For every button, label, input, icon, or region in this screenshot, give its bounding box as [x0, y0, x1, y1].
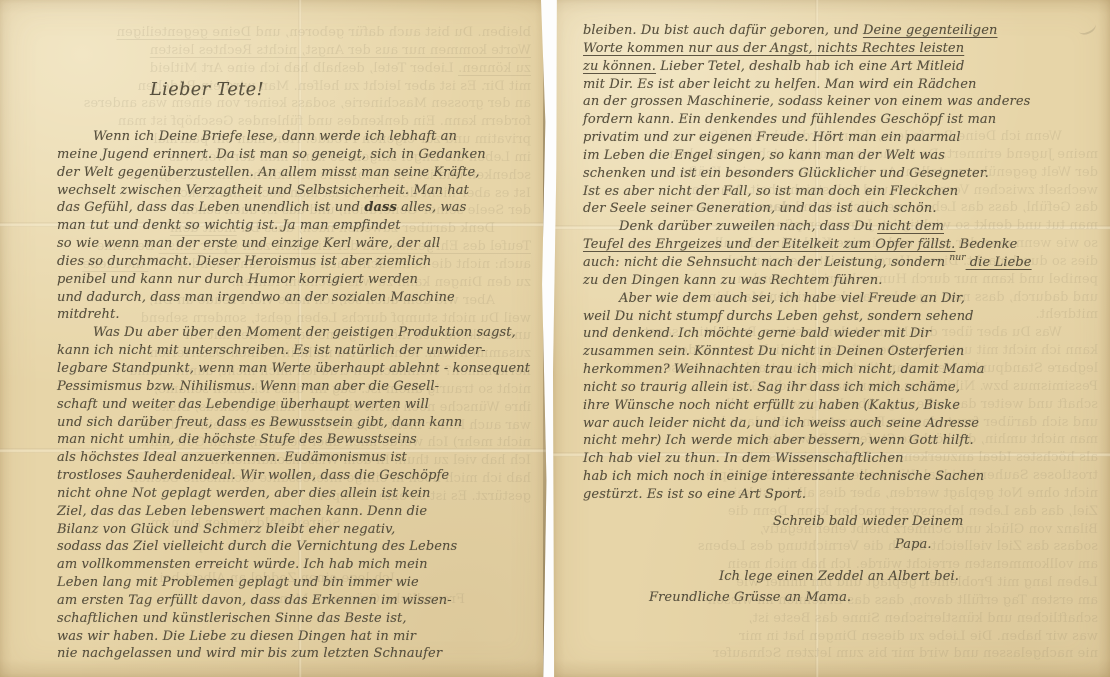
handwriting-segment: was wir haben. Die Liebe zu diesen Dinge…: [57, 629, 416, 644]
handwriting-line: am vollkommensten erreicht würde. Ich ha…: [57, 556, 531, 574]
handwriting-line: mit Dir. Es ist aber leicht zu helfen. M…: [57, 78, 531, 96]
handwriting-segment: nie nachgelassen und wird mir bis zum le…: [57, 646, 442, 661]
handwriting-line: mit Dir. Es ist aber leicht zu helfen. M…: [583, 76, 1098, 94]
handwriting-line: Aber wie dem auch sei, ich habe viel Fre…: [583, 290, 1098, 308]
handwriting-line: zu können. Lieber Tetel, deshalb hab ich…: [57, 60, 531, 78]
handwriting-segment: Ich hab viel zu thun. In dem Wissenschaf…: [583, 451, 904, 466]
handwriting-segment: Deine gegenteiligen: [863, 23, 998, 38]
handwriting-line: Freundliche Grüsse an Mama.: [649, 589, 1098, 607]
handwriting-line: Papa.: [895, 536, 1098, 554]
handwriting-segment: und dadurch, dass man irgendwo an der so…: [57, 290, 455, 305]
handwriting-line: man nicht umhin, die höchste Stufe des B…: [57, 431, 531, 449]
handwriting-line: Pessimismus bzw. Nihilismus. Wenn man ab…: [57, 378, 531, 396]
handwriting-segment: bleiben. Du bist auch dafür geboren, und: [583, 23, 863, 38]
handwriting-line: dies so durchmacht. Dieser Heroismus ist…: [57, 253, 531, 271]
handwriting-line: privatim und zur eigenen Freude. Hört ma…: [583, 129, 1098, 147]
handwriting-segment: Schreib bald wieder Deinem: [773, 514, 963, 529]
handwriting-segment: der Seele seiner Generation, und das ist…: [583, 201, 937, 216]
handwriting-segment: Wenn ich Deine Briefe lese, dann werde i…: [93, 129, 457, 144]
handwriting-segment: am vollkommensten erreicht würde. Ich ha…: [57, 557, 428, 572]
handwriting-line: nie nachgelassen und wird mir bis zum le…: [57, 645, 531, 663]
handwriting-line: Denk darüber zuweilen nach, dass Du nich…: [583, 218, 1098, 236]
handwriting-line: Worte kommen nur aus der Angst, nichts R…: [57, 42, 531, 60]
handwriting-line: Was Du aber über den Moment der geistige…: [57, 324, 531, 342]
handwriting-line: was wir haben. Die Liebe zu diesen Dinge…: [57, 628, 531, 646]
handwriting-segment: alles, was: [397, 200, 466, 215]
handwriting-line: Worte kommen nur aus der Angst, nichts R…: [583, 40, 1098, 58]
handwriting-segment: nur: [949, 253, 965, 263]
handwriting-segment: sodass das Ziel vielleicht durch die Ver…: [57, 539, 457, 554]
handwriting-segment: schaftlichen und künstlerischen Sinne da…: [748, 611, 1098, 626]
handwriting-line: was wir haben. Die Liebe zu diesen Dinge…: [583, 628, 1098, 646]
handwriting-segment: Ziel, das das Leben lebenswert machen ka…: [57, 504, 427, 519]
handwriting-line: am ersten Tag erfüllt davon, dass das Er…: [57, 592, 531, 610]
handwriting-segment: schenken und ist ein besonders Glücklich…: [583, 166, 989, 181]
handwriting-segment: man tut und denkt so wichtig ist. Ja man…: [57, 218, 401, 233]
handwriting-line: fordern kann. Ein denkendes und fühlende…: [583, 111, 1098, 129]
handwriting-segment: Ich lege einen Zeddel an Albert bei.: [719, 569, 959, 584]
handwriting-segment: Aber wie dem auch sei, ich habe viel Fre…: [619, 291, 965, 306]
handwriting-line: Ich hab viel zu thun. In dem Wissenschaf…: [583, 450, 1098, 468]
handwriting-segment: Pessimismus bzw. Nihilismus. Wenn man ab…: [57, 379, 439, 394]
handwriting-line: meine Jugend erinnert. Da ist man so gen…: [57, 146, 531, 164]
handwriting-line: der Seele seiner Generation, und das ist…: [583, 200, 1098, 218]
handwriting-line: penibel und kann nur durch Humor korrigi…: [57, 271, 531, 289]
handwriting-segment: so wie wenn man der erste und einzige Ke…: [57, 236, 440, 251]
handwriting-line: nie nachgelassen und wird mir bis zum le…: [583, 645, 1098, 663]
letter-body-page-1: Wenn ich Deine Briefe lese, dann werde i…: [57, 128, 531, 663]
handwriting-line: war auch leider nicht da, und ich weiss …: [583, 415, 1098, 433]
handwriting-segment: nicht dem: [877, 219, 944, 234]
handwriting-line: Bilanz von Glück und Schmerz bleibt eher…: [57, 521, 531, 539]
handwriting-segment: Worte kommen nur aus der Angst, nichts R…: [583, 41, 964, 56]
handwriting-segment: gestürzt. Es ist so eine Art Sport.: [583, 487, 806, 502]
handwriting-segment: meine Jugend erinnert. Da ist man so gen…: [57, 147, 486, 162]
handwriting-segment: kann ich nicht mit unterschreiben. Es is…: [57, 343, 486, 358]
handwriting-line: als höchstes Ideal anzuerkennen. Eudämon…: [57, 449, 531, 467]
handwriting-segment: zu den Dingen kann zu was Rechtem führen…: [583, 273, 882, 288]
handwriting-segment: Teufel des Ehrgeizes und der Eitelkeit z…: [583, 237, 955, 252]
handwriting-line: gestürzt. Es ist so eine Art Sport.: [583, 486, 1098, 504]
handwriting-segment: Worte kommen nur aus der Angst, nichts R…: [150, 43, 531, 58]
handwriting-line: Ist es aber nicht der Fall, so ist man d…: [583, 183, 1098, 201]
handwriting-segment: Bedenke: [955, 237, 1017, 252]
handwriting-segment: mit Dir. Es ist aber leicht zu helfen. M…: [583, 77, 976, 92]
handwriting-line: herkommen? Weihnachten trau ich mich nic…: [583, 361, 1098, 379]
handwriting-segment: das Gefühl, dass das Leben unendlich ist…: [57, 200, 364, 215]
handwriting-line: an der grossen Maschinerie, sodass keine…: [57, 95, 531, 113]
handwriting-segment: der Welt gegenüberzustellen. An allem mi…: [57, 165, 480, 180]
handwriting-line: man tut und denkt so wichtig ist. Ja man…: [57, 217, 531, 235]
handwriting-line: Ich lege einen Zeddel an Albert bei.: [719, 568, 1098, 586]
handwriting-segment: ihre Wünsche noch nicht erfüllt zu haben…: [583, 398, 960, 413]
handwriting-segment: Was Du aber über den Moment der geistige…: [93, 325, 516, 340]
handwriting-segment: auch: nicht die Sehnsucht nach der Leist…: [583, 255, 949, 270]
handwriting-segment: Lieber Tetel, deshalb hab ich eine Art M…: [656, 59, 964, 74]
handwriting-segment: Freundliche Grüsse an Mama.: [649, 590, 851, 605]
handwriting-segment: im Leben die Engel singen, so kann man d…: [583, 148, 945, 163]
handwriting-segment: die Liebe: [966, 255, 1032, 270]
handwriting-segment: trostloses Sauherdenideal. Wir wollen, d…: [57, 468, 449, 483]
handwriting-segment: und sich darüber freut, dass es Bewussts…: [57, 415, 462, 430]
handwriting-segment: Papa.: [895, 537, 932, 552]
handwriting-line: Leben lang mit Problemen geplagt und bin…: [57, 574, 531, 592]
handwriting-segment: fordern kann. Ein denkendes und fühlende…: [118, 114, 531, 129]
letter-body-page-2: bleiben. Du bist auch dafür geboren, und…: [583, 22, 1098, 607]
handwriting-segment: war auch leider nicht da, und ich weiss …: [583, 416, 979, 431]
handwriting-line: und denkend. Ich möchte gerne bald wiede…: [583, 325, 1098, 343]
handwriting-segment: bleiben. Du bist auch dafür geboren, und: [251, 25, 531, 40]
handwriting-line: legbare Standpunkt, wenn man Werte überh…: [57, 360, 531, 378]
letter-page-1: bleiben. Du bist auch dafür geboren, und…: [0, 0, 547, 677]
handwriting-line: bleiben. Du bist auch dafür geboren, und…: [583, 22, 1098, 40]
handwriting-segment: hab ich mich noch in einige interessante…: [583, 469, 984, 484]
handwriting-segment: man nicht umhin, die höchste Stufe des B…: [57, 432, 417, 447]
handwriting-line: schaftlichen und künstlerischen Sinne da…: [583, 610, 1098, 628]
handwriting-segment: Leben lang mit Problemen geplagt und bin…: [57, 575, 419, 590]
handwriting-line: und dadurch, dass man irgendwo an der so…: [57, 289, 531, 307]
handwriting-line: und sich darüber freut, dass es Bewussts…: [57, 414, 531, 432]
handwriting-segment: wechselt zwischen Verzagtheit und Selbst…: [57, 183, 469, 198]
handwriting-segment: zu können.: [458, 61, 531, 76]
handwriting-line: zu den Dingen kann zu was Rechtem führen…: [583, 272, 1098, 290]
handwriting-line: zu können. Lieber Tetel, deshalb hab ich…: [583, 58, 1098, 76]
handwriting-line: trostloses Sauherdenideal. Wir wollen, d…: [57, 467, 531, 485]
handwriting-segment: Bilanz von Glück und Schmerz bleibt eher…: [57, 522, 395, 537]
handwriting-segment: zu können.: [583, 59, 656, 74]
handwriting-line: auch: nicht die Sehnsucht nach der Leist…: [583, 254, 1098, 272]
handwriting-line: nicht ohne Not geplagt werden, aber dies…: [57, 485, 531, 503]
handwriting-segment: Ist es aber nicht der Fall, so ist man d…: [583, 184, 958, 199]
handwriting-line: Schreib bald wieder Deinem: [773, 513, 1098, 531]
handwriting-segment: schaftlichen und künstlerischen Sinne da…: [57, 611, 407, 626]
handwriting-segment: fordern kann. Ein denkendes und fühlende…: [583, 112, 996, 127]
handwriting-segment: dass: [364, 200, 397, 215]
handwriting-line: schaftlichen und künstlerischen Sinne da…: [57, 610, 531, 628]
handwriting-segment: Deine gegenteiligen: [117, 25, 252, 40]
handwriting-line: hab ich mich noch in einige interessante…: [583, 468, 1098, 486]
letter-scan: bleiben. Du bist auch dafür geboren, und…: [0, 0, 1110, 677]
handwriting-line: so wie wenn man der erste und einzige Ke…: [57, 235, 531, 253]
handwriting-line: der Welt gegenüberzustellen. An allem mi…: [57, 164, 531, 182]
handwriting-segment: mitdreht.: [57, 307, 120, 322]
handwriting-segment: am ersten Tag erfüllt davon, dass das Er…: [57, 593, 452, 608]
handwriting-line: im Leben die Engel singen, so kann man d…: [583, 147, 1098, 165]
handwriting-segment: herkommen? Weihnachten trau ich mich nic…: [583, 362, 985, 377]
handwriting-segment: Lieber Tetel, deshalb hab ich eine Art M…: [150, 61, 458, 76]
handwriting-line: bleiben. Du bist auch dafür geboren, und…: [57, 24, 531, 42]
handwriting-segment: als höchstes Ideal anzuerkennen. Eudämon…: [57, 450, 407, 465]
handwriting-line: schaft und weiter das Lebendige überhaup…: [57, 396, 531, 414]
handwriting-segment: was wir haben. Die Liebe zu diesen Dinge…: [739, 629, 1098, 644]
handwriting-line: kann ich nicht mit unterschreiben. Es is…: [57, 342, 531, 360]
handwriting-segment: schaft und weiter das Lebendige überhaup…: [57, 397, 429, 412]
handwriting-segment: legbare Standpunkt, wenn man Werte überh…: [57, 361, 530, 376]
handwriting-segment: dies so durchmacht. Dieser Heroismus ist…: [57, 254, 431, 269]
handwriting-line: nicht so traurig allein ist. Sag ihr das…: [583, 379, 1098, 397]
handwriting-segment: nie nachgelassen und wird mir bis zum le…: [713, 646, 1098, 661]
handwriting-line: weil Du nicht stumpf durchs Leben gehst,…: [583, 308, 1098, 326]
handwriting-line: Wenn ich Deine Briefe lese, dann werde i…: [57, 128, 531, 146]
handwriting-segment: und denkend. Ich möchte gerne bald wiede…: [583, 326, 931, 341]
handwriting-segment: nicht mehr) Ich werde mich aber bessern,…: [583, 433, 974, 448]
handwriting-line: an der grossen Maschinerie, sodass keine…: [583, 93, 1098, 111]
handwriting-segment: nicht so traurig allein ist. Sag ihr das…: [583, 380, 960, 395]
handwriting-segment: Denk darüber zuweilen nach, dass Du: [619, 219, 877, 234]
handwriting-line: Ziel, das das Leben lebenswert machen ka…: [57, 503, 531, 521]
handwriting-segment: privatim und zur eigenen Freude. Hört ma…: [583, 130, 961, 145]
handwriting-line: sodass das Ziel vielleicht durch die Ver…: [57, 538, 531, 556]
letter-page-2: Wenn ich Deine Briefe lese, dann werde i…: [553, 0, 1110, 677]
handwriting-line: mitdreht.: [57, 306, 531, 324]
handwriting-segment: nicht ohne Not geplagt werden, aber dies…: [57, 486, 431, 501]
handwriting-line: Teufel des Ehrgeizes und der Eitelkeit z…: [583, 236, 1098, 254]
handwriting-segment: weil Du nicht stumpf durchs Leben gehst,…: [583, 309, 974, 324]
handwriting-segment: an der grossen Maschinerie, sodass keine…: [583, 94, 1030, 109]
handwriting-line: zusammen sein. Könntest Du nicht in Dein…: [583, 343, 1098, 361]
handwriting-segment: zusammen sein. Könntest Du nicht in Dein…: [583, 344, 964, 359]
handwriting-line: nicht mehr) Ich werde mich aber bessern,…: [583, 432, 1098, 450]
handwriting-segment: penibel und kann nur durch Humor korrigi…: [57, 272, 418, 287]
handwriting-line: schenken und ist ein besonders Glücklich…: [583, 165, 1098, 183]
salutation: Lieber Tete!: [150, 80, 264, 100]
handwriting-line: ihre Wünsche noch nicht erfüllt zu haben…: [583, 397, 1098, 415]
handwriting-line: das Gefühl, dass das Leben unendlich ist…: [57, 199, 531, 217]
handwriting-line: wechselt zwischen Verzagtheit und Selbst…: [57, 182, 531, 200]
